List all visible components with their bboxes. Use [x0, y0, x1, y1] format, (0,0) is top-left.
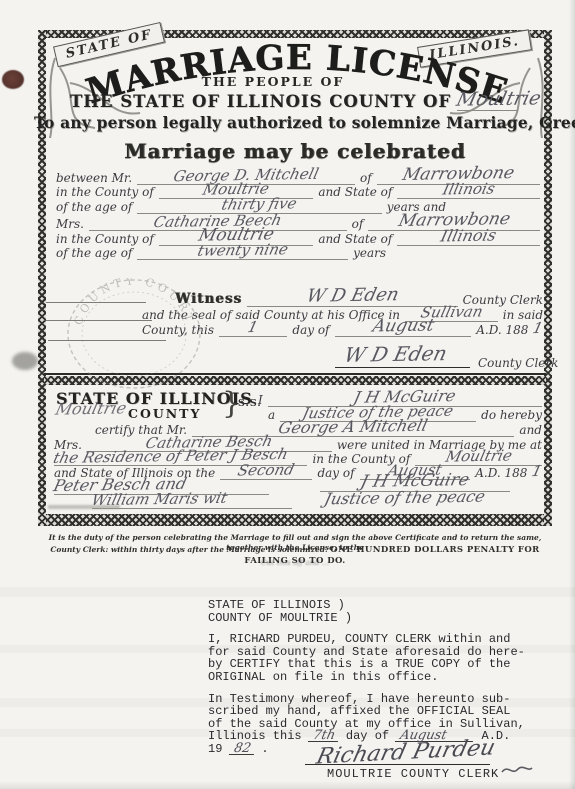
typed-line: ORIGINAL on file in this office. — [208, 671, 568, 684]
bride-age-handwritten: twenty nine — [196, 242, 290, 259]
ad-label: A.D. 188 — [476, 323, 528, 337]
ornamental-border-bottom — [38, 514, 552, 526]
fine-print-duty: County Clerk: within thirty days after t… — [50, 545, 327, 554]
typed-line: I, RICHARD PURDEU, COUNTY CLERK within a… — [208, 633, 568, 646]
typed-line: scribed my hand, affixed the OFFICIAL SE… — [208, 705, 568, 718]
people-of-line: THE PEOPLE OF — [168, 74, 378, 89]
date-day-handwritten: 7th — [308, 731, 340, 742]
license-date-line: County, this 1 day of August A.D. 1881 — [142, 318, 543, 337]
county-name-handwritten: Moultrie — [54, 398, 129, 418]
ink-blot-mark — [12, 352, 38, 370]
hole-punch-mark — [2, 70, 24, 89]
groom-age-handwritten: thirty five — [220, 196, 298, 212]
pen-dash — [46, 302, 146, 303]
marriage-year-handwritten: 1 — [530, 462, 544, 480]
officiant-title-signature: Justice of the peace — [325, 488, 485, 507]
justice-of-peace-handwritten: Justice of the peace — [322, 487, 487, 509]
witness2-line: William Maris wit — [92, 491, 292, 509]
scan-edge-shadow — [0, 781, 575, 789]
state-county-line: THE STATE OF ILLINOIS COUNTY OF Moultrie — [70, 90, 518, 111]
county-this-label: County, this — [142, 323, 214, 337]
state-handwritten: Illinois — [441, 182, 496, 198]
moultrie-county-clerk-label: MOULTRIE COUNTY CLERK — [327, 767, 499, 781]
typed-certification-block: STATE OF ILLINOIS ) COUNTY OF MOULTRIE )… — [208, 599, 568, 756]
state-handwritten: Illinois — [439, 228, 498, 245]
state-county-printed: THE STATE OF ILLINOIS COUNTY OF — [70, 92, 451, 111]
pen-dash — [48, 340, 166, 341]
month-handwritten: August — [370, 317, 435, 335]
celebrate-line: Marriage may be celebrated — [95, 139, 495, 163]
county-name-handwritten: Moultrie — [455, 89, 543, 109]
scanned-marriage-license-document: { "header": { "banner_left": "STATE OF",… — [0, 0, 575, 789]
typed-caption-county: COUNTY OF MOULTRIE ) — [208, 612, 568, 625]
fine-print-faint-line: Cut this off and … — [150, 558, 440, 567]
clerk-name-handwritten: W D Eden — [304, 286, 400, 306]
printer-imprint — [48, 505, 120, 509]
scan-band — [0, 587, 575, 597]
clerk-signature-handwritten: W D Eden — [342, 341, 449, 367]
years-label: years — [353, 246, 386, 260]
year-handwritten: 82 — [228, 744, 255, 755]
day-handwritten: 1 — [247, 320, 260, 335]
i-label: I — [258, 393, 263, 407]
clerk-signature: W D Eden — [345, 342, 446, 366]
signature-rule — [305, 764, 490, 765]
typed-caption-state: STATE OF ILLINOIS ) — [208, 599, 568, 612]
pen-dash — [44, 320, 152, 321]
year-pre-label: 19 — [208, 742, 222, 756]
authorization-line: To any person legally authorized to sole… — [34, 113, 554, 132]
license-line-6: of the age of twenty nine years — [56, 242, 386, 260]
day-of-label: day of — [292, 323, 329, 337]
year-post-label: . — [261, 742, 268, 756]
signature-rule — [335, 367, 470, 368]
clerk-title-label: County Clerk — [478, 356, 558, 370]
age-label: of the age of — [56, 246, 132, 260]
signature-flourish — [500, 762, 534, 778]
